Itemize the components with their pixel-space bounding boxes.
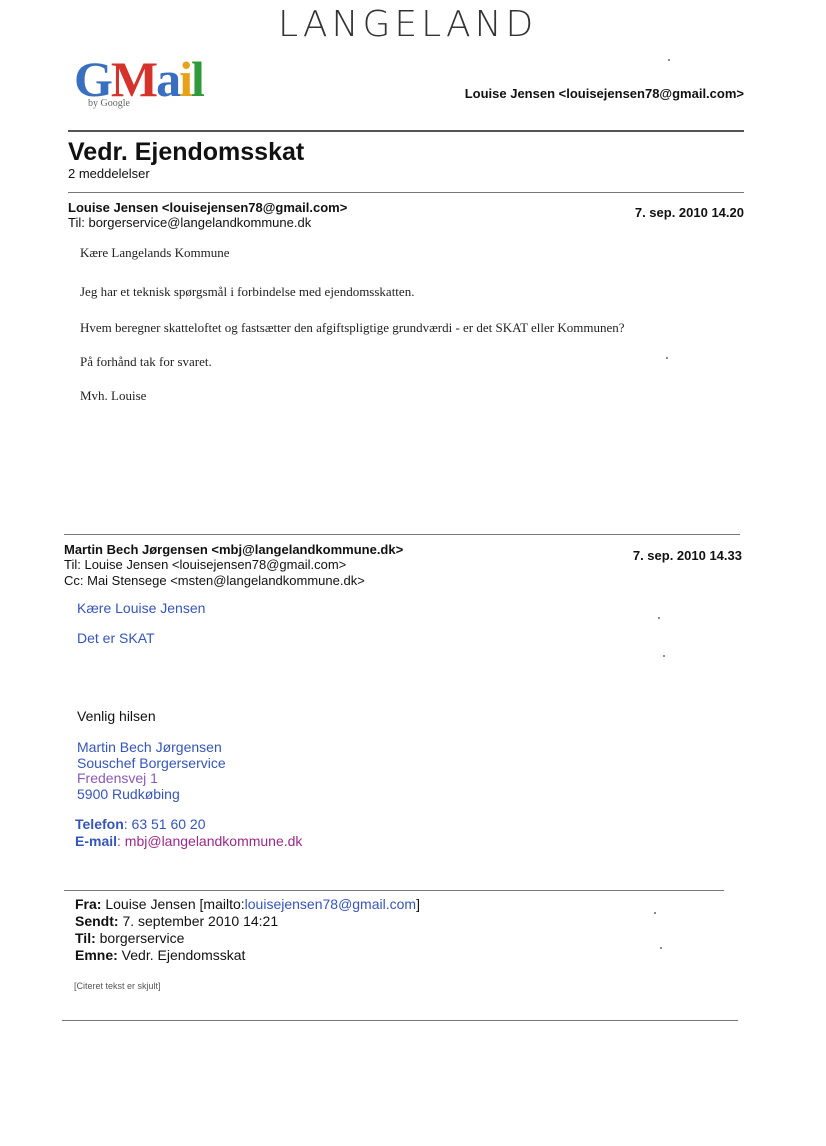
- message-1-line-5: Mvh. Louise: [80, 388, 146, 404]
- account-header: Louise Jensen <louisejensen78@gmail.com>: [465, 86, 744, 101]
- scan-speck: [660, 947, 662, 949]
- scan-speck: [658, 617, 660, 619]
- scan-speck: [666, 357, 668, 359]
- signature-email[interactable]: E-mail: mbj@langelandkommune.dk: [75, 833, 302, 849]
- gmail-logo: GMail by Google: [74, 54, 224, 116]
- message-divider: [68, 192, 744, 193]
- quoted-subject: Emne: Vedr. Ejendomsskat: [75, 947, 245, 963]
- message-1-line-3: Hvem beregner skatteloftet og fastsætter…: [80, 320, 625, 336]
- thread-subject: Vedr. Ejendomsskat: [68, 138, 304, 167]
- scan-speck: [663, 655, 665, 657]
- message-1-sender: Louise Jensen <louisejensen78@gmail.com>: [68, 200, 347, 215]
- show-quoted-text-link[interactable]: [Citeret tekst er skjult]: [74, 981, 161, 991]
- message-2-sender: Martin Bech Jørgensen <mbj@langelandkomm…: [64, 542, 403, 557]
- message-1-recipient: Til: borgerservice@langelandkommune.dk: [68, 215, 311, 230]
- reply-answer: Det er SKAT: [77, 630, 155, 646]
- message-count: 2 meddelelser: [68, 166, 150, 181]
- message-1-date: 7. sep. 2010 14.20: [635, 205, 744, 220]
- message-divider: [64, 534, 740, 535]
- by-google-label: by Google: [88, 98, 130, 109]
- reply-greeting: Kære Louise Jensen: [77, 600, 205, 616]
- signature-street: Fredensvej 1: [77, 770, 158, 786]
- header-divider: [68, 130, 744, 132]
- signature-city: 5900 Rudkøbing: [77, 786, 180, 802]
- message-1-line-1: Kære Langelands Kommune: [80, 245, 229, 261]
- message-1-line-4: På forhånd tak for svaret.: [80, 354, 212, 370]
- quoted-sent: Sendt: 7. september 2010 14:21: [75, 913, 278, 929]
- reply-closing: Venlig hilsen: [77, 708, 156, 724]
- scan-speck: [654, 912, 656, 914]
- signature-phone: Telefon: 63 51 60 20: [75, 816, 206, 832]
- signature-name: Martin Bech Jørgensen: [77, 739, 222, 755]
- quoted-from: Fra: Louise Jensen [mailto:louisejensen7…: [75, 896, 420, 912]
- footer-divider: [62, 1020, 738, 1021]
- signature-title: Souschef Borgerservice: [77, 755, 226, 771]
- message-2-recipient: Til: Louise Jensen <louisejensen78@gmail…: [64, 557, 346, 572]
- handwritten-annotation: LANGELAND: [278, 4, 537, 45]
- quoted-to: Til: borgerservice: [75, 930, 184, 946]
- message-2-date: 7. sep. 2010 14.33: [633, 548, 742, 563]
- scan-speck: [668, 59, 670, 61]
- message-2-cc: Cc: Mai Stensege <msten@langelandkommune…: [64, 573, 365, 588]
- message-1-line-2: Jeg har et teknisk spørgsmål i forbindel…: [80, 284, 414, 300]
- quote-divider: [64, 890, 724, 891]
- quoted-mailto-link[interactable]: louisejensen78@gmail.com: [245, 896, 416, 912]
